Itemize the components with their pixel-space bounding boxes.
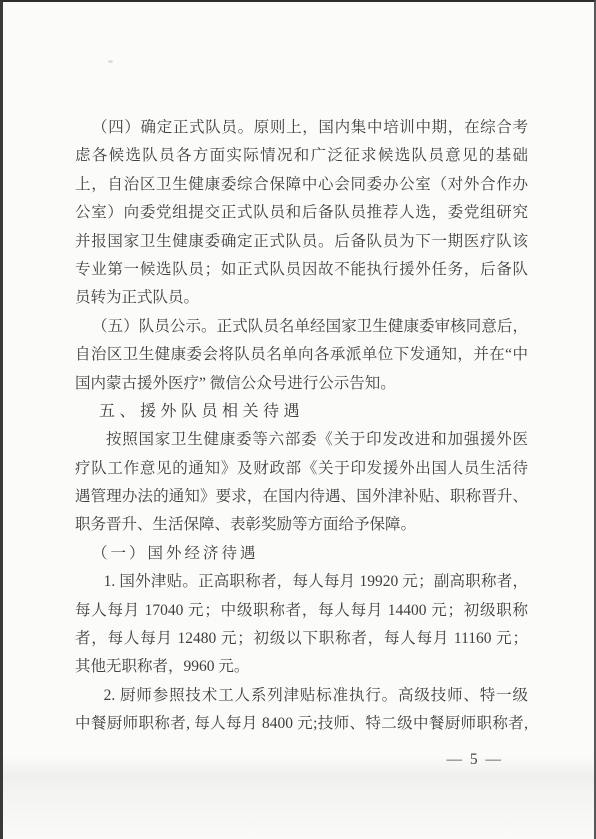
document-line: 国内蒙古援外医疗” 微信公众号进行公示告知。 xyxy=(75,370,528,398)
document-line: 中餐厨师职称者, 每人每月 8400 元;技师、特二级中餐厨师职称者, xyxy=(75,710,528,738)
document-line: 其他无职称者，9960 元。 xyxy=(75,653,528,681)
document-line: 者，每人每月 12480 元；初级以下职称者，每人每月 11160 元； xyxy=(75,625,528,653)
document-line: 专业第一候选队员；如正式队员因故不能执行援外任务，后备队 xyxy=(75,256,528,284)
paragraph: （五）队员公示。正式队员名单经国家卫生健康委审核同意后，自治区卫生健康委会将队员… xyxy=(75,313,528,398)
document-line: 1. 国外津贴。正高职称者，每人每月 19920 元；副高职称者， xyxy=(75,568,528,596)
document-line: 遇管理办法的通知》要求，在国内待遇、国外津补贴、职称晋升、 xyxy=(75,483,528,511)
document-line: （五）队员公示。正式队员名单经国家卫生健康委审核同意后， xyxy=(75,313,528,341)
paragraph: 按照国家卫生健康委等六部委《关于印发改进和加强援外医疗队工作意见的通知》及财政部… xyxy=(75,426,528,540)
section-heading: 五、援外队员相关待遇 xyxy=(75,398,528,426)
scanned-document-page: （四）确定正式队员。原则上，国内集中培训中期，在综合考虑各候选队员各方面实际情况… xyxy=(0,0,596,839)
scan-artifact xyxy=(108,60,113,63)
document-line: 2. 厨师参照技术工人系列津贴标准执行。高级技师、特一级 xyxy=(75,682,528,710)
document-line: 疗队工作意见的通知》及财政部《关于印发援外出国人员生活待 xyxy=(75,455,528,483)
document-line: （四）确定正式队员。原则上，国内集中培训中期，在综合考 xyxy=(75,114,528,142)
document-line: 五、援外队员相关待遇 xyxy=(75,398,528,426)
paragraph: 1. 国外津贴。正高职称者，每人每月 19920 元；副高职称者，每人每月 17… xyxy=(75,568,528,682)
sub-heading: （一）国外经济待遇 xyxy=(75,540,528,568)
document-line: 员转为正式队员。 xyxy=(75,284,528,312)
document-line: （一）国外经济待遇 xyxy=(75,540,528,568)
paragraph: （四）确定正式队员。原则上，国内集中培训中期，在综合考虑各候选队员各方面实际情况… xyxy=(75,114,528,313)
document-line: 虑各候选队员各方面实际情况和广泛征求候选队员意见的基础 xyxy=(75,142,528,170)
document-line: 并报国家卫生健康委确定正式队员。后备队员为下一期医疗队该 xyxy=(75,228,528,256)
document-line: 按照国家卫生健康委等六部委《关于印发改进和加强援外医 xyxy=(75,426,528,454)
document-line: 自治区卫生健康委会将队员名单向各承派单位下发通知，并在“中 xyxy=(75,341,528,369)
page-number: — 5 — xyxy=(447,751,504,769)
document-line: 每人每月 17040 元；中级职称者，每人每月 14400 元；初级职称 xyxy=(75,597,528,625)
document-line: 职务晋升、生活保障、表彰奖励等方面给予保障。 xyxy=(75,511,528,539)
document-line: 公室）向委党组提交正式队员和后备队员推荐人选，委党组研究 xyxy=(75,199,528,227)
text-block: （四）确定正式队员。原则上，国内集中培训中期，在综合考虑各候选队员各方面实际情况… xyxy=(75,114,528,739)
document-line: 上，自治区卫生健康委综合保障中心会同委办公室（对外合作办 xyxy=(75,171,528,199)
paragraph: 2. 厨师参照技术工人系列津贴标准执行。高级技师、特一级中餐厨师职称者, 每人每… xyxy=(75,682,528,739)
